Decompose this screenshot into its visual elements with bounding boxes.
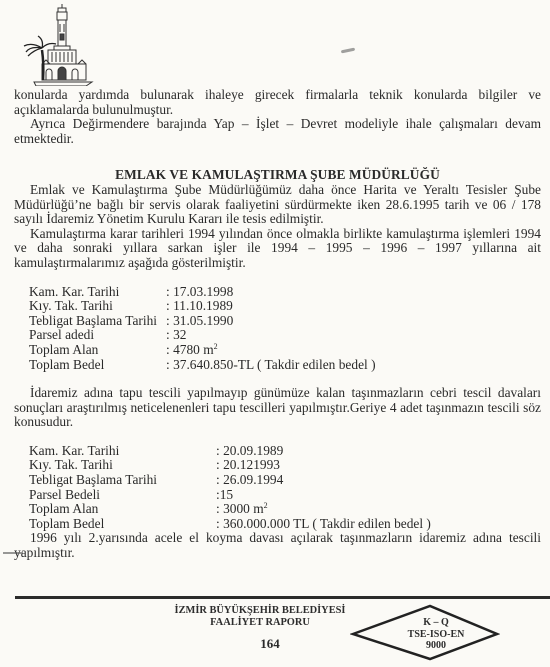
- row-label: Tebligat Başlama Tarihi: [29, 473, 216, 488]
- table-row: Toplam Bedel: 360.000.000 TL ( Takdir ed…: [29, 517, 541, 532]
- row-value: : 37.640.850-TL ( Takdir edilen bedel ): [166, 358, 376, 373]
- row-label: Tebligat Başlama Tarihi: [29, 314, 166, 329]
- quality-badge-text: K – Q TSE-ISO-EN 9000: [390, 617, 482, 652]
- row-value: : 26.09.1994: [216, 473, 283, 488]
- row-label: Parsel adedi: [29, 328, 166, 343]
- body-text: konularda yardımda bulunarak ihaleye gir…: [14, 88, 541, 561]
- row-value: :15: [216, 488, 233, 503]
- row-label: Kıy. Tak. Tarihi: [29, 299, 166, 314]
- badge-line: TSE-ISO-EN: [390, 629, 482, 641]
- row-label: Toplam Bedel: [29, 517, 216, 532]
- row-label: Toplam Bedel: [29, 358, 166, 373]
- row-label: Toplam Alan: [29, 343, 166, 358]
- footer-organization: İZMİR BÜYÜKŞEHİR BELEDİYESİ FAALİYET RAP…: [150, 605, 370, 629]
- row-label: Kam. Kar. Tarihi: [29, 285, 166, 300]
- footer-org-name: İZMİR BÜYÜKŞEHİR BELEDİYESİ: [150, 605, 370, 617]
- paragraph: Kamulaştırma karar tarihleri 1994 yılınd…: [14, 227, 541, 271]
- document-page: konularda yardımda bulunarak ihaleye gir…: [0, 0, 550, 667]
- row-value: : 3000 m2: [216, 502, 268, 517]
- izmir-clock-tower-icon: [14, 2, 94, 86]
- table-row: Kıy. Tak. Tarihi: 20.121993: [29, 458, 541, 473]
- paragraph: Emlak ve Kamulaştırma Şube Müdürlüğümüz …: [14, 183, 541, 227]
- row-label: Kıy. Tak. Tarihi: [29, 458, 216, 473]
- scan-mark: [3, 552, 23, 554]
- expropriation-table-2: Kam. Kar. Tarihi: 20.09.1989Kıy. Tak. Ta…: [29, 444, 541, 532]
- badge-line: K – Q: [390, 617, 482, 629]
- row-value: : 4780 m2: [166, 343, 218, 358]
- row-value: : 20.09.1989: [216, 444, 283, 459]
- row-value: : 31.05.1990: [166, 314, 233, 329]
- table-row: Tebligat Başlama Tarihi: 31.05.1990: [29, 314, 541, 329]
- scan-speck: [341, 48, 355, 54]
- paragraph: konularda yardımda bulunarak ihaleye gir…: [14, 88, 541, 117]
- table-row: Kam. Kar. Tarihi: 17.03.1998: [29, 285, 541, 300]
- table-row: Toplam Alan: 3000 m2: [29, 502, 541, 517]
- footer-divider: [15, 596, 550, 599]
- table-row: Tebligat Başlama Tarihi: 26.09.1994: [29, 473, 541, 488]
- badge-line: 9000: [390, 640, 482, 652]
- row-label: Parsel Bedeli: [29, 488, 216, 503]
- row-value: : 11.10.1989: [166, 299, 233, 314]
- paragraph: 1996 yılı 2.yarısında acele el koyma dav…: [14, 531, 541, 560]
- row-value: : 360.000.000 TL ( Takdir edilen bedel ): [216, 517, 431, 532]
- page-number: 164: [250, 636, 290, 652]
- paragraph: Ayrıca Değirmendere barajında Yap – İşle…: [14, 117, 541, 146]
- table-row: Kıy. Tak. Tarihi: 11.10.1989: [29, 299, 541, 314]
- row-value: : 20.121993: [216, 458, 280, 473]
- table-row: Parsel Bedeli:15: [29, 488, 541, 503]
- row-label: Kam. Kar. Tarihi: [29, 444, 216, 459]
- footer-report-name: FAALİYET RAPORU: [150, 617, 370, 629]
- section-heading: EMLAK VE KAMULAŞTIRMA ŞUBE MÜDÜRLÜĞÜ: [14, 168, 541, 183]
- table-row: Kam. Kar. Tarihi: 20.09.1989: [29, 444, 541, 459]
- paragraph: İdaremiz adına tapu tescili yapılmayıp g…: [14, 386, 541, 430]
- row-value: : 32: [166, 328, 186, 343]
- table-row: Toplam Bedel: 37.640.850-TL ( Takdir edi…: [29, 358, 541, 373]
- row-value: : 17.03.1998: [166, 285, 233, 300]
- table-row: Toplam Alan: 4780 m2: [29, 343, 541, 358]
- table-row: Parsel adedi: 32: [29, 328, 541, 343]
- row-label: Toplam Alan: [29, 502, 216, 517]
- expropriation-table-1: Kam. Kar. Tarihi: 17.03.1998Kıy. Tak. Ta…: [29, 285, 541, 373]
